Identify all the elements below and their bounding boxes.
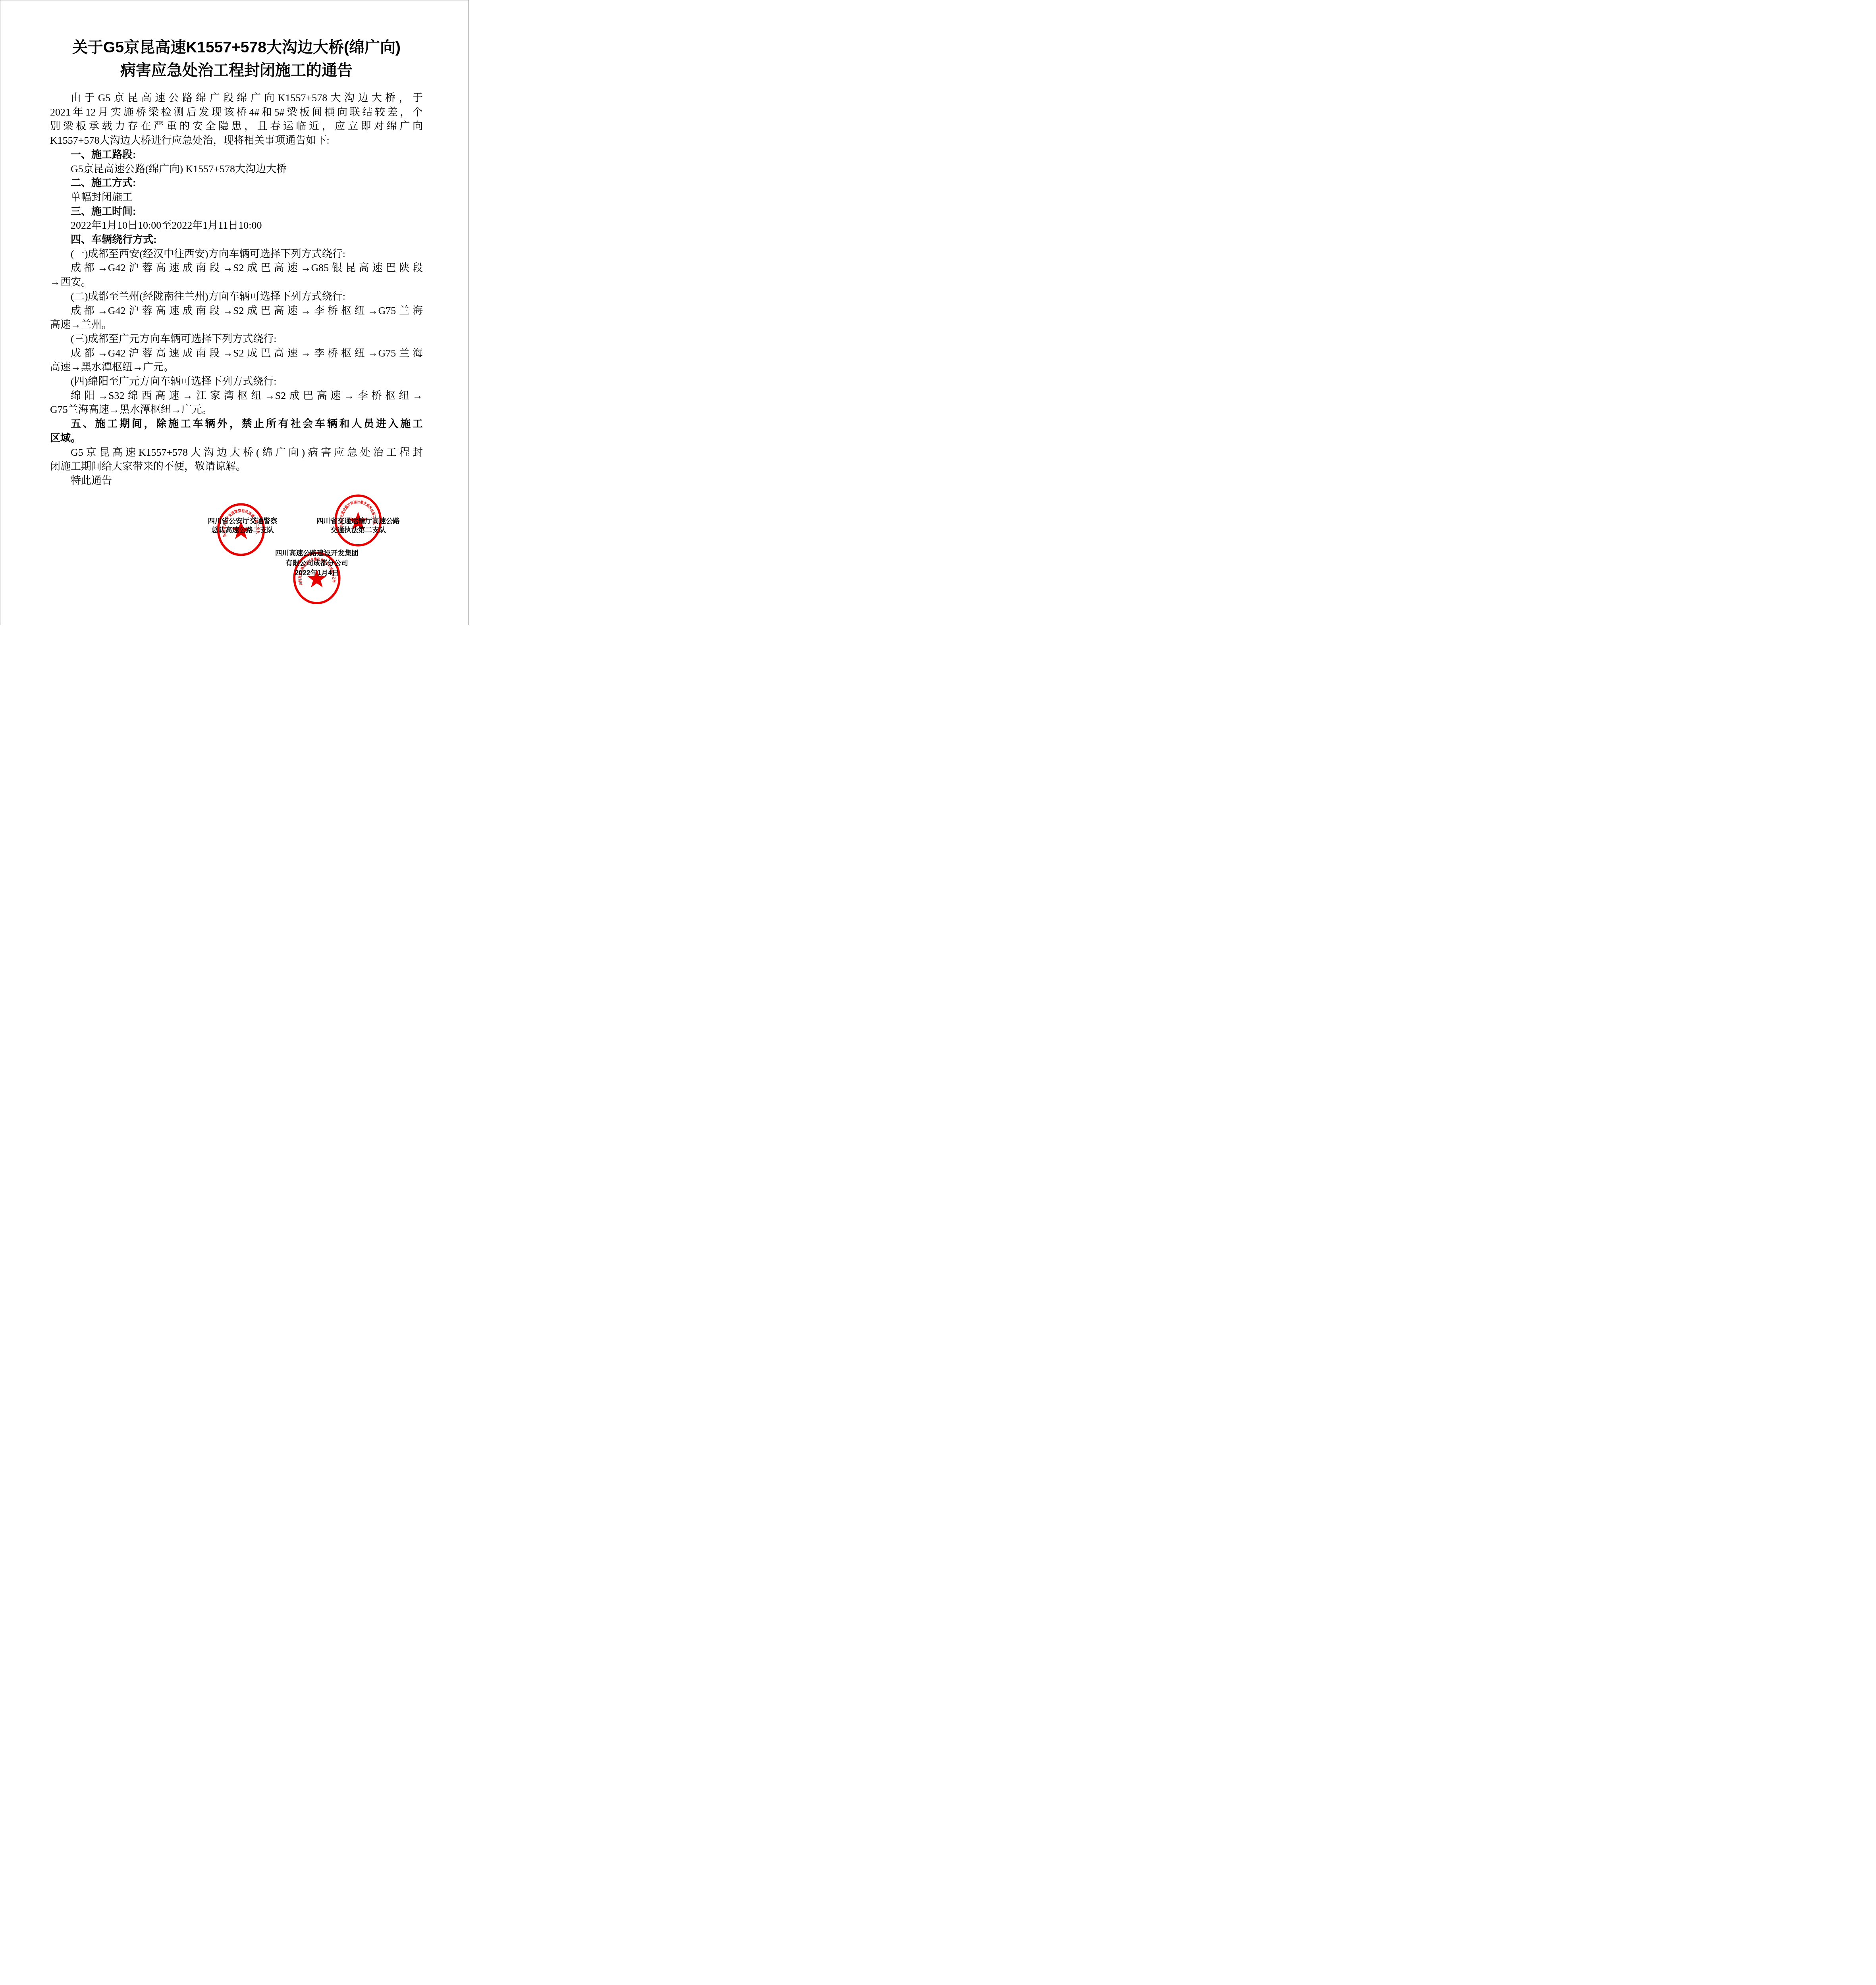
body-line: 高速→黑水潭枢纽→广元。 bbox=[50, 360, 423, 374]
body-line: (四)绵阳至广元方向车辆可选择下列方式绕行: bbox=[50, 374, 423, 389]
body-line: 成都→G42沪蓉高速成南段→S2成巴高速→李桥枢纽→G75兰海 bbox=[50, 346, 423, 360]
body-line: (一)成都至西安(经汉中往西安)方向车辆可选择下列方式绕行: bbox=[50, 247, 423, 261]
body-line: G5京昆高速公路(绵广向) K1557+578大沟边大桥 bbox=[50, 162, 423, 176]
body-line: 三、施工时间: bbox=[50, 204, 423, 219]
body-line: 闭施工期间给大家带来的不便，敬请谅解。 bbox=[50, 459, 423, 474]
notice-body: 由于G5京昆高速公路绵广段绵广向K1557+578大沟边大桥，于2021年12月… bbox=[50, 91, 423, 488]
body-line: 五、施工期间，除施工车辆外，禁止所有社会车辆和人员进入施工 bbox=[50, 417, 423, 431]
body-line: 2021年12月实施桥梁检测后发现该桥4#和5#梁板间横向联结较差，个 bbox=[50, 105, 423, 119]
body-line: 绵阳→S32绵西高速→江家湾枢纽→S2成巴高速→李桥枢纽→ bbox=[50, 389, 423, 403]
body-line: (二)成都至兰州(经陇南往兰州)方向车辆可选择下列方式绕行: bbox=[50, 289, 423, 304]
signature-line: 四川高速公路建设开发集团 bbox=[226, 548, 408, 558]
body-line: K1557+578大沟边大桥进行应急处治，现将相关事项通告如下: bbox=[50, 133, 423, 148]
body-line: 四、车辆绕行方式: bbox=[50, 233, 423, 247]
body-line: 由于G5京昆高速公路绵广段绵广向K1557+578大沟边大桥，于 bbox=[50, 91, 423, 105]
notice-title-line-2: 病害应急处治工程封闭施工的通告 bbox=[50, 59, 423, 82]
body-line: 区域。 bbox=[50, 431, 423, 445]
signature-right: 四川省交通运输厅高速公路交通执法第二支队 bbox=[267, 516, 449, 535]
body-line: 特此通告 bbox=[50, 474, 423, 488]
signature-line: 四川省交通运输厅高速公路 bbox=[267, 516, 449, 526]
signature-line: 交通执法第二支队 bbox=[267, 526, 449, 535]
body-line: 成都→G42沪蓉高速成南段→S2成巴高速→G85银昆高速巴陕段 bbox=[50, 261, 423, 275]
body-line: (三)成都至广元方向车辆可选择下列方式绕行: bbox=[50, 332, 423, 346]
body-line: 2022年1月10日10:00至2022年1月11日10:00 bbox=[50, 218, 423, 233]
signature-line: 有限公司成都分公司 bbox=[226, 558, 408, 568]
signature-bottom: 四川高速公路建设开发集团有限公司成都分公司2022年1月4日 bbox=[226, 548, 408, 578]
body-line: G75兰海高速→黑水潭枢纽→广元。 bbox=[50, 403, 423, 417]
signature-line: 2022年1月4日 bbox=[226, 568, 408, 578]
body-line: 高速→兰州。 bbox=[50, 318, 423, 332]
body-line: 二、施工方式: bbox=[50, 176, 423, 190]
notice-title: 关于G5京昆高速K1557+578大沟边大桥(绵广向) 病害应急处治工程封闭施工… bbox=[50, 36, 423, 82]
body-line: G5京昆高速K1557+578大沟边大桥(绵广向)病害应急处治工程封 bbox=[50, 445, 423, 460]
body-line: 别梁板承载力存在严重的安全隐患，且春运临近，应立即对绵广向 bbox=[50, 119, 423, 133]
body-line: 单幅封闭施工 bbox=[50, 190, 423, 204]
body-line: →西安。 bbox=[50, 275, 423, 289]
notice-page: 关于G5京昆高速K1557+578大沟边大桥(绵广向) 病害应急处治工程封闭施工… bbox=[0, 0, 469, 625]
notice-title-line-1: 关于G5京昆高速K1557+578大沟边大桥(绵广向) bbox=[50, 36, 423, 59]
body-line: 一、施工路段: bbox=[50, 148, 423, 162]
body-line: 成都→G42沪蓉高速成南段→S2成巴高速→李桥枢纽→G75兰海 bbox=[50, 304, 423, 318]
